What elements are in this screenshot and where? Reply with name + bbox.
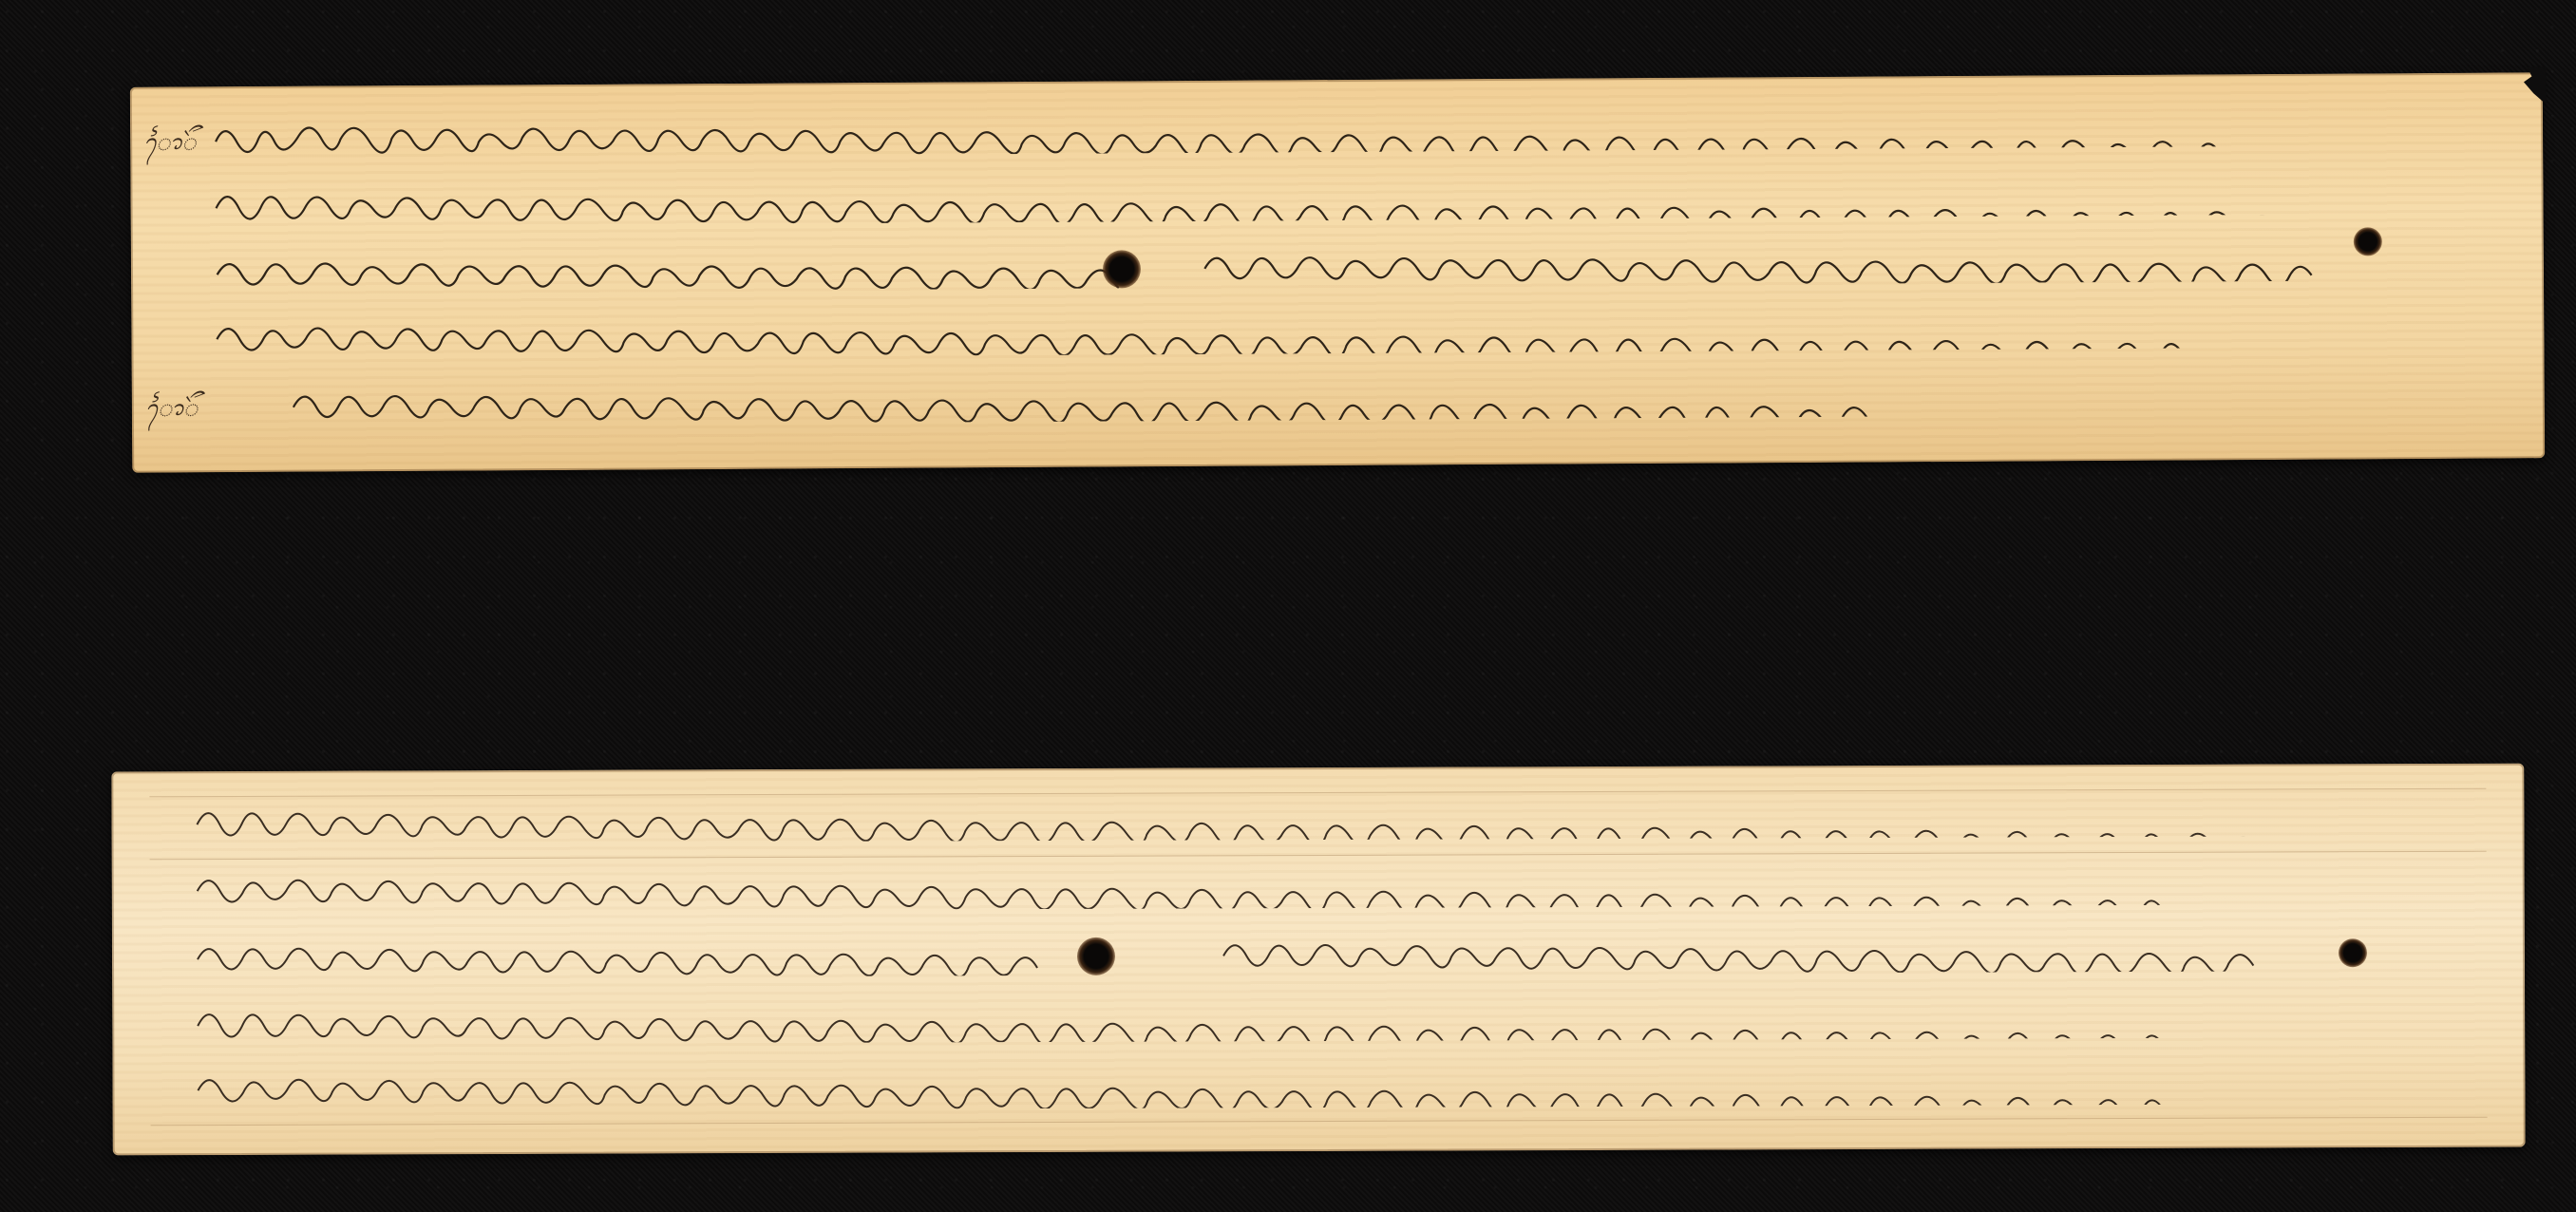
script-line bbox=[187, 786, 2457, 843]
binding-hole bbox=[2354, 227, 2382, 256]
palm-leaf-manuscript-lower bbox=[111, 764, 2525, 1156]
ruling-line bbox=[151, 1117, 2488, 1127]
script-line bbox=[207, 297, 2477, 361]
script-line bbox=[1195, 231, 2477, 288]
script-line bbox=[284, 364, 2478, 426]
binding-hole bbox=[1103, 250, 1141, 288]
binding-hole bbox=[2339, 938, 2367, 967]
binding-hole bbox=[1077, 937, 1115, 975]
page-marker-bottom: ᭁᭂ bbox=[145, 390, 198, 435]
damaged-corner bbox=[2514, 66, 2547, 104]
script-line bbox=[206, 164, 2476, 228]
script-line bbox=[188, 855, 2458, 912]
script-line bbox=[206, 96, 2476, 160]
script-line bbox=[1214, 921, 2458, 975]
script-line bbox=[188, 926, 1043, 978]
palm-leaf-manuscript-upper: ᭁᭂ ᭁᭂ bbox=[130, 72, 2545, 473]
script-line bbox=[188, 988, 2458, 1045]
script-line bbox=[207, 238, 1119, 294]
page-marker-top: ᭁᭂ bbox=[143, 124, 196, 169]
script-line bbox=[188, 1054, 2458, 1111]
